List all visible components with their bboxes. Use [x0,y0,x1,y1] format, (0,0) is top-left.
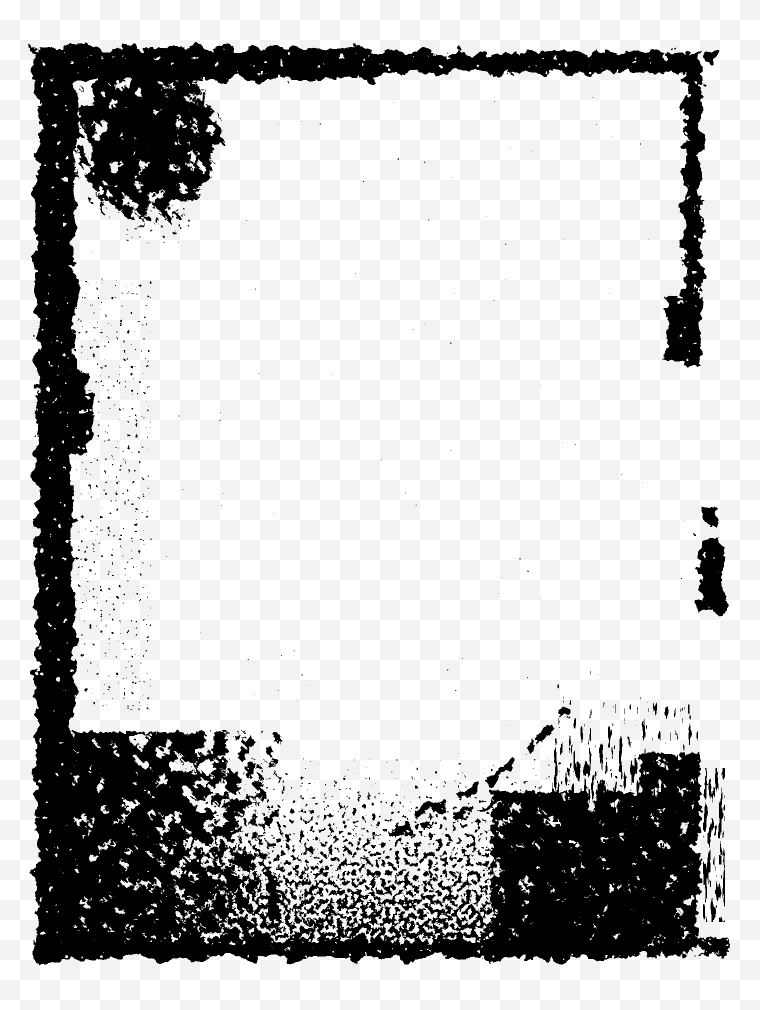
right-upper-dust [695,378,725,543]
top-border-right-segment [358,52,702,73]
left-horizontal-streak [40,777,175,803]
bottom-border-right-broken [628,938,728,956]
bottom-right-core [540,843,662,951]
lower-middle-dust [120,560,510,745]
right-border-mid-blob [700,538,724,614]
top-right-corner-dot [707,50,721,64]
grunge-frame-spatter [40,28,728,956]
transparency-checkerboard [0,0,760,1010]
grunge-frame-graphic [0,0,760,1010]
top-edge-dust [150,28,670,48]
right-lower-blob-chain [703,768,725,922]
top-border-left-segment [32,48,372,80]
bottom-left-spatter-boost [66,732,281,952]
